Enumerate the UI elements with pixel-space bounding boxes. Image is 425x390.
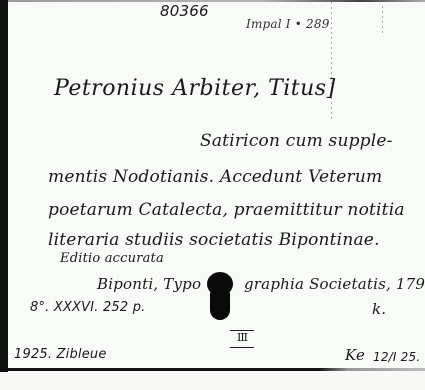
imprint-publisher-date: graphia Societatis, 1790 [244,275,425,293]
catalogued-date: 12/I 25. [373,350,420,364]
imprint-place: Biponti, Typo [97,275,201,293]
accession-number: 80366 [160,2,209,20]
scan-background [0,372,425,390]
card-left-edge [0,0,8,372]
card-top-edge [8,0,425,2]
collation: 8°. XXXVI. 252 p. [30,300,145,315]
shelf-reference: Impal I • 289 [246,17,330,31]
card-bottom-edge [0,368,425,371]
volume-mark: III [230,330,254,348]
catalog-card: 80366 Impal I • 289 Petronius Arbiter, T… [0,0,425,372]
edition-statement: Editio accurata [60,251,164,266]
language-mark: k. [372,300,386,318]
title-line-4: literaria studiis societatis Bipontinae. [48,230,380,250]
title-line-3: poetarum Catalecta, praemittitur notitia [48,200,405,220]
punch-hole [207,272,233,320]
faint-ruling-line [382,6,383,36]
acquisition-note: 1925. Zibleue [14,347,107,362]
author-heading: Petronius Arbiter, Titus] [54,76,336,101]
title-line-2: mentis Nodotianis. Accedunt Veterum [48,167,382,187]
cataloguer-initials: Ke [345,346,365,364]
title-line-1: Satiricon cum supple- [200,131,393,151]
faint-ruling-line [331,2,332,122]
